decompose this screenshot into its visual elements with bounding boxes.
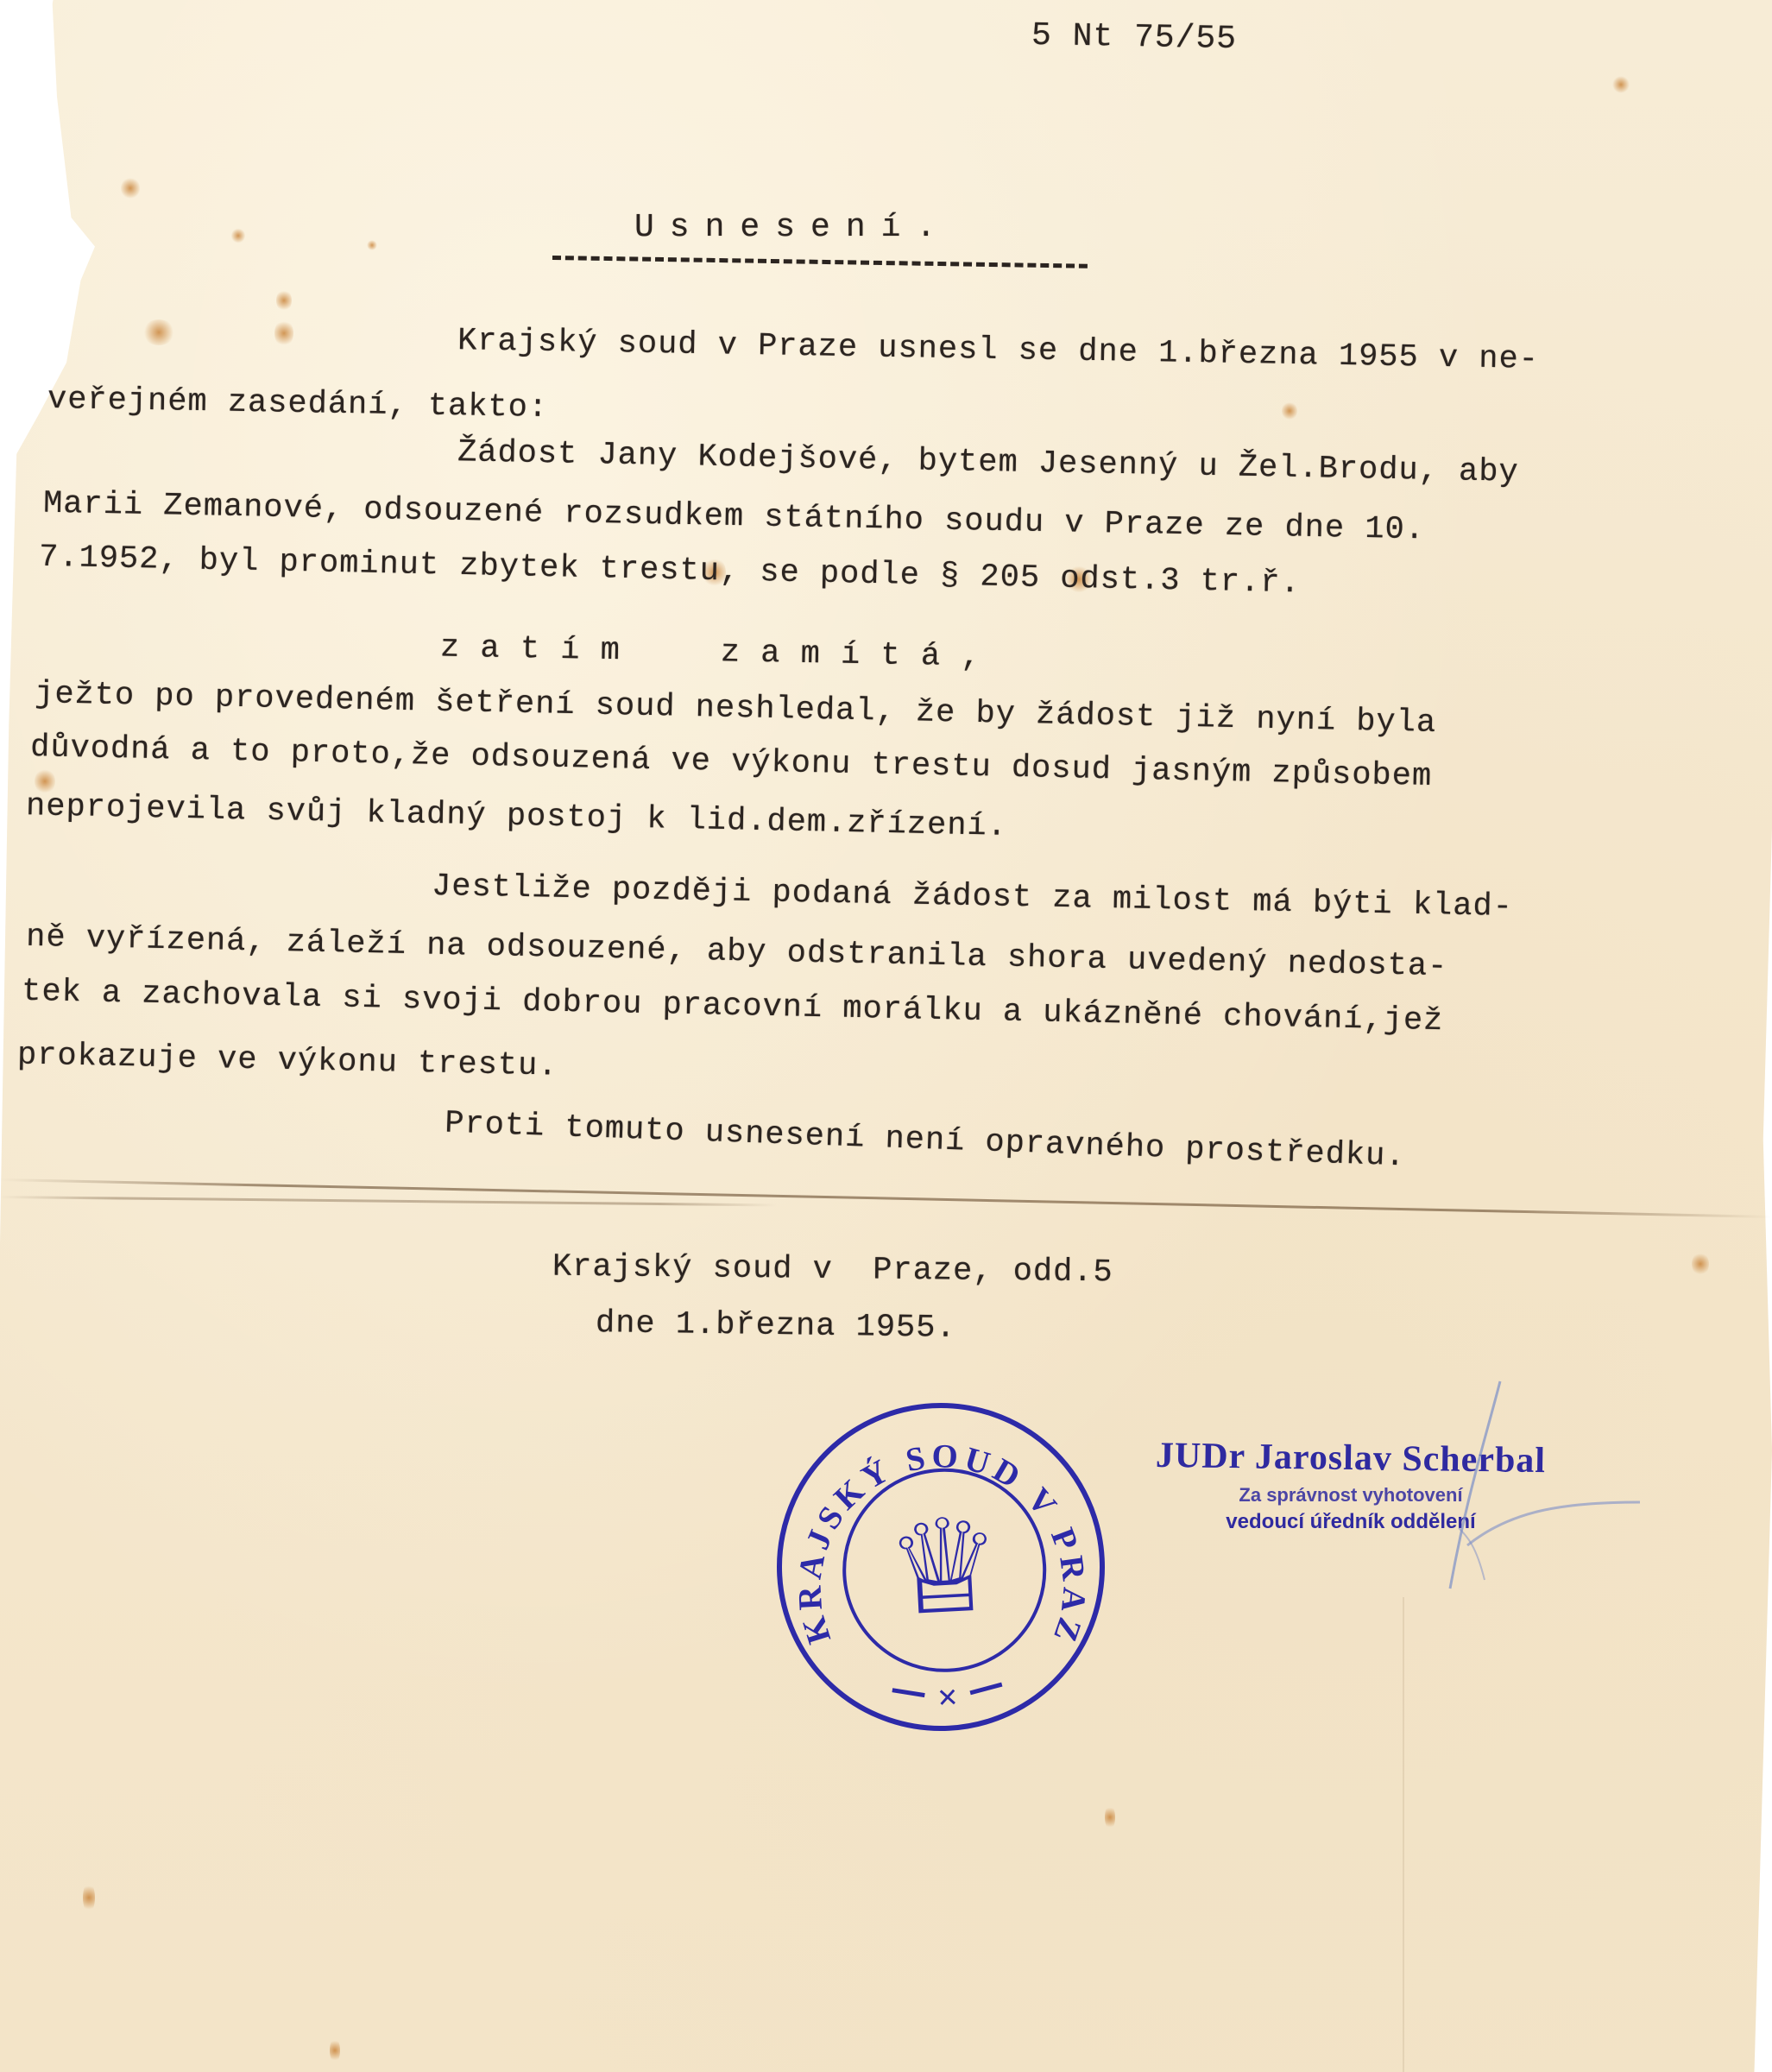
closing-place: Krajský soud v Praze, odd.5 xyxy=(552,1249,1113,1292)
rust-spot xyxy=(121,177,140,199)
signer-role: vedoucí úředník oddělení xyxy=(1126,1510,1575,1534)
file-number: 5 Nt 75/55 xyxy=(1031,17,1238,58)
document-title: Usnesení. xyxy=(634,209,951,246)
rust-spot xyxy=(1692,1252,1709,1276)
signer-name: JUDr Jaroslav Scherbal xyxy=(1126,1434,1576,1481)
closing-date: dne 1.března 1955. xyxy=(596,1305,956,1347)
paper-sheet xyxy=(0,0,1772,2072)
rust-spot xyxy=(276,289,292,312)
rust-spot xyxy=(142,319,175,345)
paper-fold-vertical xyxy=(1403,1597,1404,2072)
signature-block: JUDr Jaroslav Scherbal Za správnost vyho… xyxy=(1126,1437,1575,1534)
rust-spot xyxy=(1282,401,1297,420)
rust-spot xyxy=(274,319,293,347)
rust-spot xyxy=(1105,1804,1115,1830)
rust-spot xyxy=(83,1882,95,1913)
stamp-cross-mark: ✕ xyxy=(936,1683,960,1714)
rust-spot xyxy=(1612,76,1630,93)
rust-spot xyxy=(330,2037,340,2063)
lion-emblem-icon: ♕ xyxy=(883,1500,1006,1635)
rust-spot xyxy=(367,240,377,250)
signer-certification: Za správnost vyhotovení xyxy=(1126,1484,1575,1507)
court-seal-stamp: KRAJSKÝ SOUD V PRAZE ♕ ✕ xyxy=(768,1394,1113,1739)
rust-spot xyxy=(231,228,245,243)
